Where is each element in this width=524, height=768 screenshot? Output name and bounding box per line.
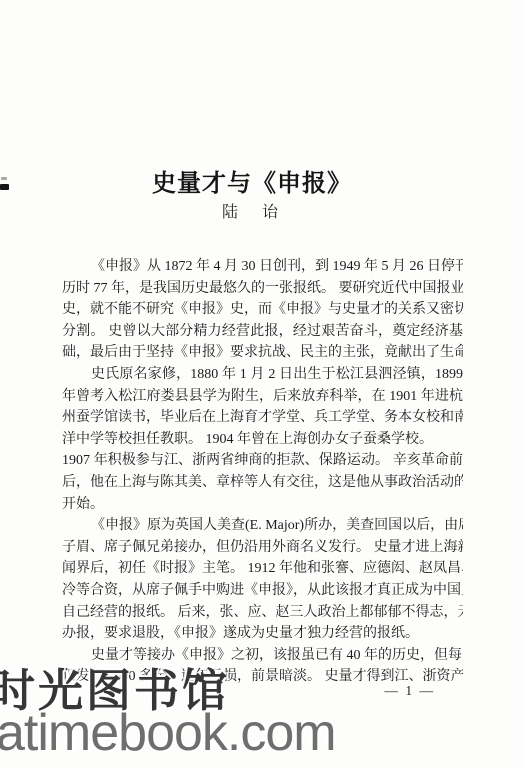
scanned-book-page: 史量才与《申报》 陆 诒 《申报》从 1872 年 4 月 30 日创刊，到 1… [0,0,524,768]
page-title: 史量才与《申报》 [52,163,452,198]
text-line: 《申报》从 1872 年 4 月 30 日创刊，到 1949 年 5 月 26 … [62,256,463,278]
text-line: 年曾考入松江府娄县县学为附生，后来放弃科举，在 1901 年进杭 [62,386,463,408]
text-line: 子眉、席子佩兄弟接办，但仍沿用外商名义发行。 史量才进上海新 [62,537,463,559]
text-line: 办报，要求退股，《申报》遂成为史量才独力经营的报纸。 [62,623,463,645]
scan-artifact-mark [0,184,9,190]
scan-artifact-mark [1,177,7,180]
text-line: 础，最后由于坚持《申报》要求抗战、民主的主张，竟献出了生命。 [62,342,463,364]
text-line: 1907 年积极参与江、浙两省绅商的拒款、保路运动。 辛亥革命前 [62,450,463,472]
author-name: 陆 诒 [52,199,452,222]
text-line: 洋中学等校担任教职。 1904 年曾在上海创办女子蚕桑学校。 [62,429,463,451]
text-line: 自己经营的报纸。 后来，张、应、赵三人政治上都郁郁不得志，无意 [62,602,463,624]
text-line: 冷等合资，从席子佩手中购进《申报》，从此该报才真正成为中国人 [62,580,463,602]
text-line: 史氏原名家修，1880 年 1 月 2 日出生于松江县泗泾镇，1899 [62,364,463,386]
text-line: 开始。 [62,494,463,516]
text-line: 闻界后，初任《时报》主笔。 1912 年他和张謇、应德闳、赵凤昌、陈 [62,558,463,580]
text-line: 《申报》原为英国人美查(E. Major)所办，美查回国以后，由席 [62,515,463,537]
text-line: 后，他在上海与陈其美、章梓等人有交往，这是他从事政治活动的 [62,472,463,494]
text-line: 历时 77 年，是我国历史最悠久的一张报纸。 要研究近代中国报业 [62,278,463,300]
text-line: 史，就不能不研究《申报》史，而《申报》与史量才的关系又密切不可 [62,299,463,321]
text-line: 州蚕学馆读书，毕业后在上海育才学堂、兵工学堂、务本女校和南 [62,407,463,429]
article-body: 《申报》从 1872 年 4 月 30 日创刊，到 1949 年 5 月 26 … [62,256,463,688]
watermark-url: atimebook.com [0,703,336,763]
page-number: — 1 — [385,683,436,699]
text-line: 分割。 史曾以大部分精力经营此报，经过艰苦奋斗，奠定经济基 [62,321,463,343]
